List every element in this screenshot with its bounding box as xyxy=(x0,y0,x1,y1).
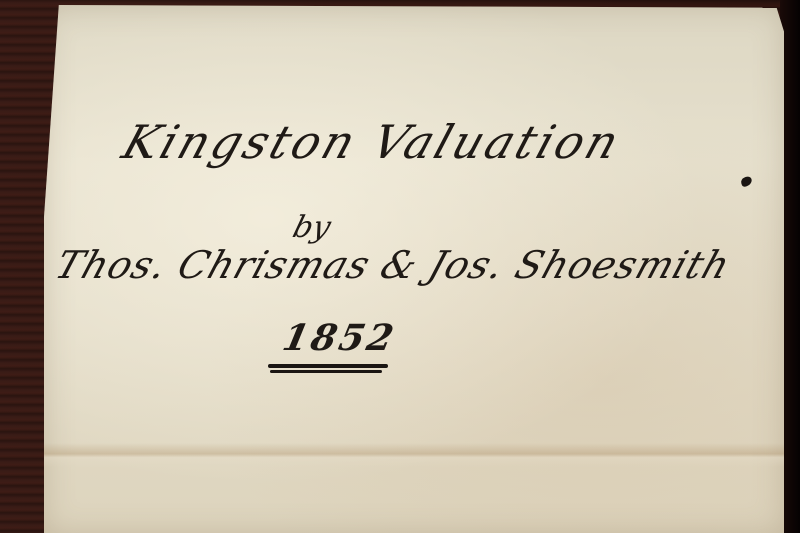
year-double-underline-top xyxy=(268,364,388,368)
paper-fold-crease xyxy=(44,443,784,467)
document-title: Kingston Valuation xyxy=(116,115,628,169)
document-authors: Thos. Chrismas & Jos. Shoesmith xyxy=(50,243,736,287)
ink-blot xyxy=(740,175,753,187)
document-year: 1852 xyxy=(279,317,400,359)
year-double-underline-bottom xyxy=(270,370,382,373)
by-line: by xyxy=(289,210,335,245)
handwritten-document-page: Kingston Valuation by Thos. Chrismas & J… xyxy=(44,5,784,533)
